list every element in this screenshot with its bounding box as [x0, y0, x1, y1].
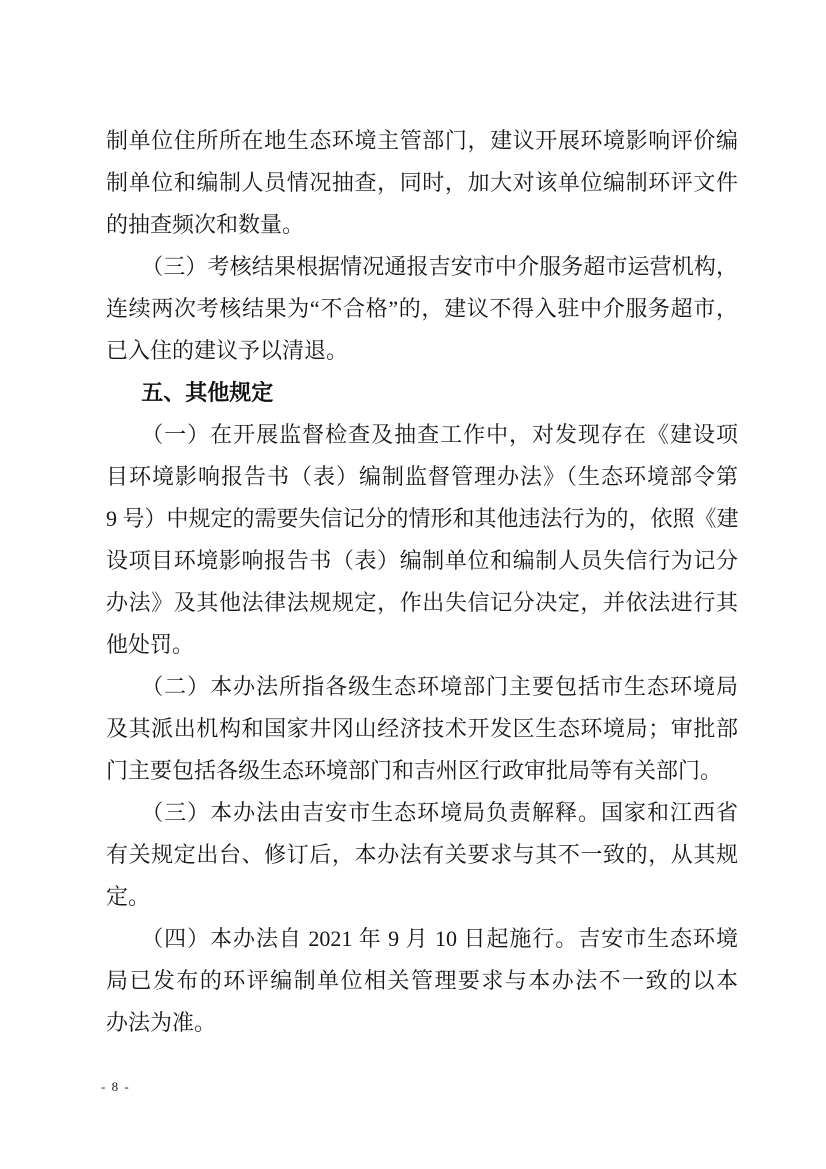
text-line: 的抽查频次和数量。	[106, 204, 738, 246]
text-line: 设项目环境影响报告书（表）编制单位和编制人员失信行为记分	[106, 540, 738, 582]
paragraph-item-2-departments: （二）本办法所指各级生态环境部门主要包括市生态环境局 及其派出机构和国家井冈山经…	[106, 666, 738, 792]
text-line: 9 号）中规定的需要失信记分的情形和其他违法行为的，依照《建	[106, 498, 738, 540]
text-line: （一）在开展监督检查及抽查工作中，对发现存在《建设项	[106, 414, 738, 456]
text-line: （四）本办法自 2021 年 9 月 10 日起施行。吉安市生态环境	[106, 918, 738, 960]
text-line: 办法为准。	[106, 1002, 738, 1044]
text-line: 制单位住所所在地生态环境主管部门，建议开展环境影响评价编	[106, 120, 738, 162]
text-body: 制单位住所所在地生态环境主管部门，建议开展环境影响评价编 制单位和编制人员情况抽…	[106, 120, 738, 1044]
text-line: 制单位和编制人员情况抽查，同时，加大对该单位编制环评文件	[106, 162, 738, 204]
text-line: （三）本办法由吉安市生态环境局负责解释。国家和江西省	[106, 792, 738, 834]
document-page: 制单位住所所在地生态环境主管部门，建议开展环境影响评价编 制单位和编制人员情况抽…	[0, 0, 826, 1169]
text-line: 局已发布的环评编制单位相关管理要求与本办法不一致的以本	[106, 960, 738, 1002]
paragraph-item-1-supervision: （一）在开展监督检查及抽查工作中，对发现存在《建设项 目环境影响报告书（表）编制…	[106, 414, 738, 666]
section-heading: 五、其他规定	[106, 372, 738, 414]
text-line: 目环境影响报告书（表）编制监督管理办法》（生态环境部令第	[106, 456, 738, 498]
paragraph-item-3-assessment: （三）考核结果根据情况通报吉安市中介服务超市运营机构， 连续两次考核结果为“不合…	[106, 246, 738, 372]
text-line: 已入住的建议予以清退。	[106, 330, 738, 372]
text-line: 定。	[106, 876, 738, 918]
paragraph-item-4-effective-date: （四）本办法自 2021 年 9 月 10 日起施行。吉安市生态环境 局已发布的…	[106, 918, 738, 1044]
text-line: 门主要包括各级生态环境部门和吉州区行政审批局等有关部门。	[106, 750, 738, 792]
text-line: 连续两次考核结果为“不合格”的，建议不得入驻中介服务超市，	[106, 288, 738, 330]
paragraph-continuation: 制单位住所所在地生态环境主管部门，建议开展环境影响评价编 制单位和编制人员情况抽…	[106, 120, 738, 246]
text-line: 他处罚。	[106, 624, 738, 666]
text-line: 办法》及其他法律法规规定，作出失信记分决定，并依法进行其	[106, 582, 738, 624]
text-line: （二）本办法所指各级生态环境部门主要包括市生态环境局	[106, 666, 738, 708]
text-line: （三）考核结果根据情况通报吉安市中介服务超市运营机构，	[106, 246, 738, 288]
page-number: - 8 -	[101, 1079, 130, 1095]
text-line: 及其派出机构和国家井冈山经济技术开发区生态环境局；审批部	[106, 708, 738, 750]
text-line: 有关规定出台、修订后，本办法有关要求与其不一致的，从其规	[106, 834, 738, 876]
paragraph-item-3-interpretation: （三）本办法由吉安市生态环境局负责解释。国家和江西省 有关规定出台、修订后，本办…	[106, 792, 738, 918]
